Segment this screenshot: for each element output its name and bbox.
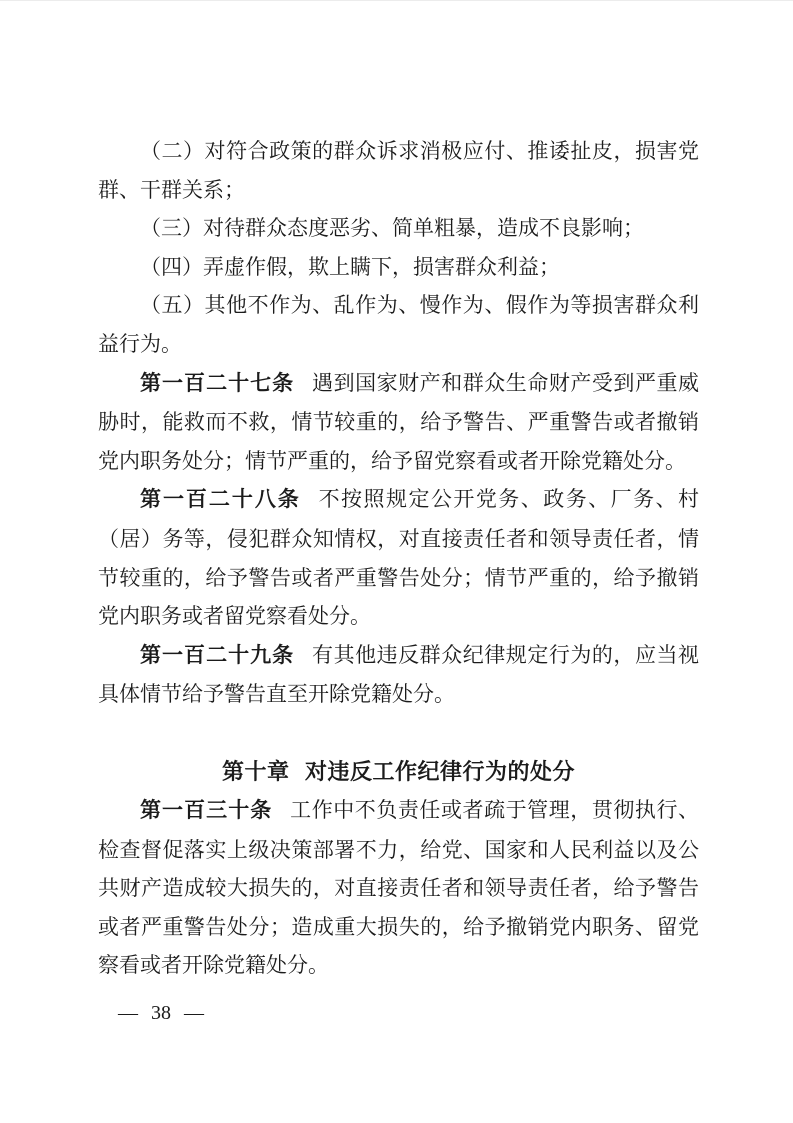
chapter-10-number: 第十章 (222, 759, 290, 784)
list-item-4-text: （四）弄虚作假，欺上瞒下，损害群众利益； (140, 255, 560, 279)
list-item-2: （二）对符合政策的群众诉求消极应付、推诿扯皮，损害党群、干群关系； (98, 132, 699, 209)
document-page: （二）对符合政策的群众诉求消极应付、推诿扯皮，损害党群、干群关系； （三）对待群… (0, 0, 793, 1123)
chapter-10-title: 对违反工作纪律行为的处分 (305, 759, 575, 784)
article-128: 第一百二十八条不按照规定公开党务、政务、厂务、村（居）务等，侵犯群众知情权，对直… (98, 480, 699, 635)
list-item-5-text: （五）其他不作为、乱作为、慢作为、假作为等损害群众利益行为。 (98, 293, 699, 356)
list-item-3: （三）对待群众态度恶劣、简单粗暴，造成不良影响； (98, 209, 699, 248)
list-item-2-text: （二）对符合政策的群众诉求消极应付、推诿扯皮，损害党群、干群关系； (98, 139, 699, 202)
page-number: 38 (151, 999, 171, 1027)
article-127: 第一百二十七条遇到国家财产和群众生命财产受到严重威胁时，能救而不救，情节较重的，… (98, 364, 699, 481)
article-129: 第一百二十九条有其他违反群众纪律规定行为的，应当视具体情节给予警告直至开除党籍处… (98, 636, 699, 714)
article-129-number: 第一百二十九条 (140, 644, 294, 667)
article-127-number: 第一百二十七条 (140, 372, 294, 395)
article-130-number: 第一百三十条 (140, 799, 272, 822)
page-body-text: （二）对符合政策的群众诉求消极应付、推诿扯皮，损害党群、干群关系； （三）对待群… (98, 132, 699, 985)
list-item-5: （五）其他不作为、乱作为、慢作为、假作为等损害群众利益行为。 (98, 286, 699, 363)
footer-dash-right: — (184, 999, 204, 1027)
article-130-body: 工作中不负责任或者疏于管理，贯彻执行、检查督促落实上级决策部署不力，给党、国家和… (98, 798, 699, 977)
list-item-4: （四）弄虚作假，欺上瞒下，损害群众利益； (98, 248, 699, 287)
list-item-3-text: （三）对待群众态度恶劣、简单粗暴，造成不良影响； (140, 216, 644, 240)
chapter-10-heading: 第十章对违反工作纪律行为的处分 (98, 753, 699, 792)
page-footer: — 38 — (118, 999, 204, 1027)
article-128-number: 第一百二十八条 (140, 488, 301, 511)
article-130: 第一百三十条工作中不负责任或者疏于管理，贯彻执行、检查督促落实上级决策部署不力，… (98, 791, 699, 985)
footer-dash-left: — (118, 999, 138, 1027)
